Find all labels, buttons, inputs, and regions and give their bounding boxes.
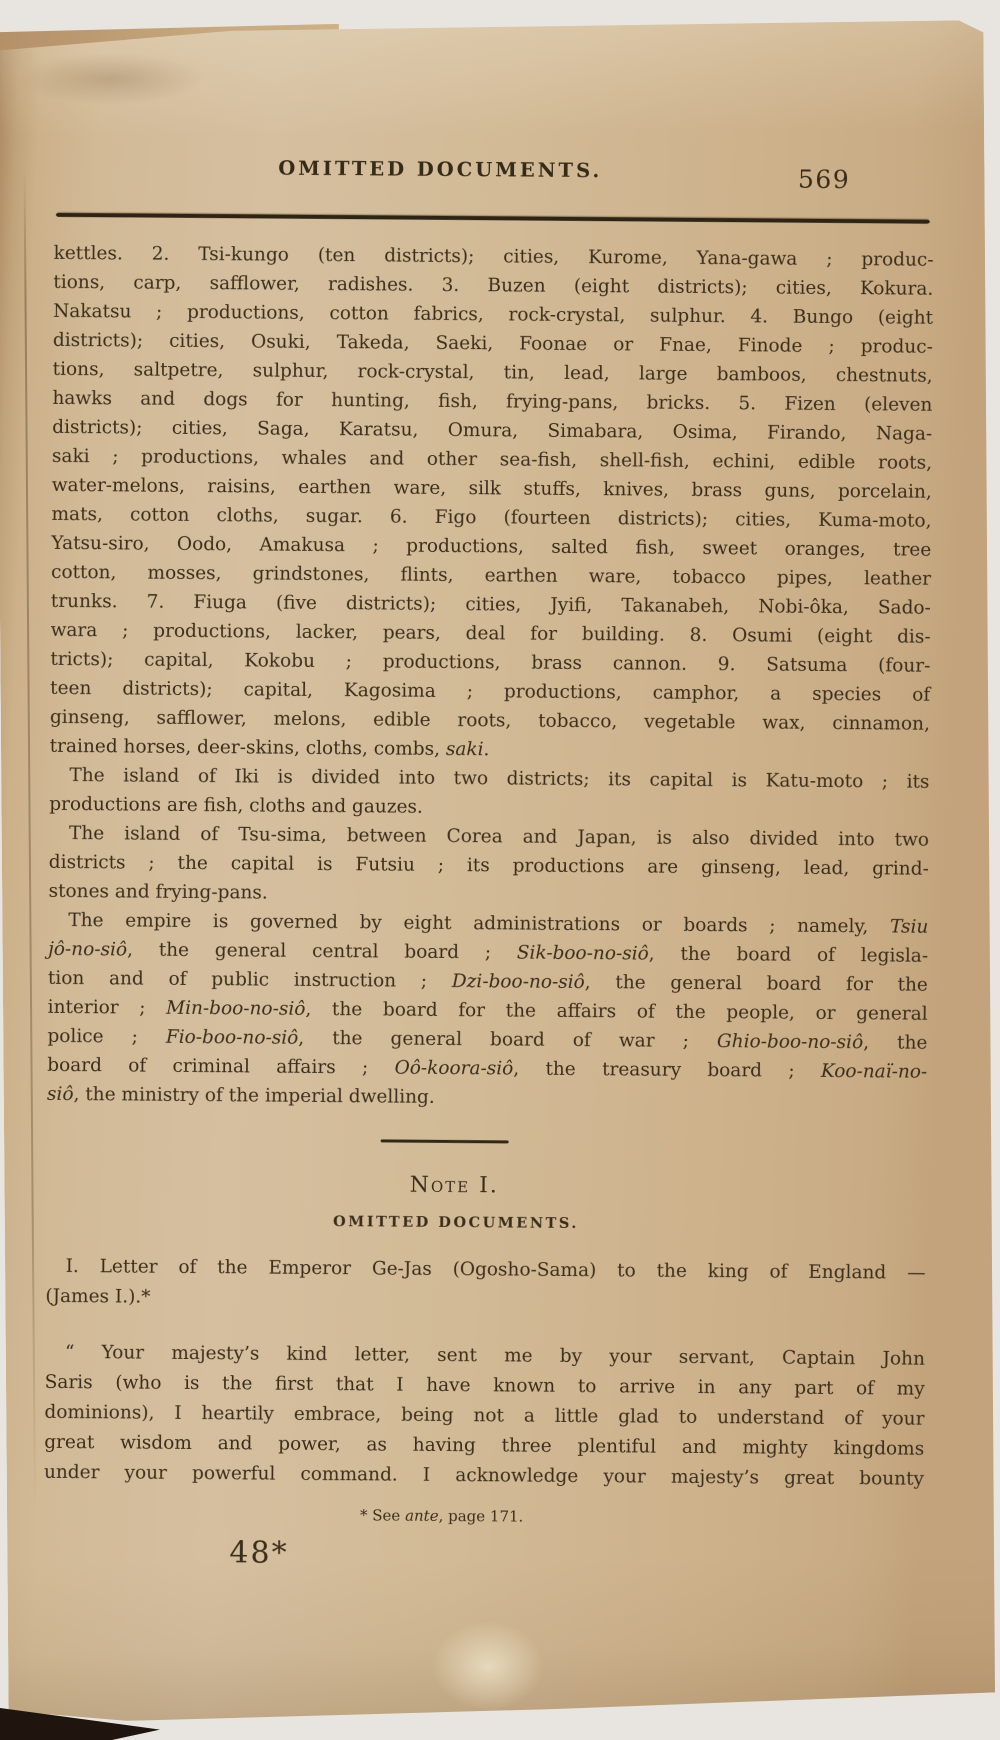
footnote-text: * See ante, page 171. (360, 1506, 523, 1525)
text-segment: (James I.).* (45, 1286, 150, 1308)
text-segment: water-melons, raisins, earthen ware, sil… (52, 475, 932, 503)
header-rule (56, 213, 930, 224)
text-segment: ginseng, safflower, melons, edible roots… (50, 707, 930, 735)
text-segment: Nakatsu ; productions, cotton fabrics, r… (53, 301, 933, 329)
text-segment: siô (47, 1084, 74, 1105)
paragraph: The island of Tsu-sima, between Corea an… (48, 819, 929, 913)
text-segment: Oô-koora-siô (394, 1058, 513, 1080)
paragraph: The empire is governed by eight administ… (47, 906, 929, 1116)
note-text: I. Letter of the Emperor Ge-Jas (Ogosho-… (44, 1252, 926, 1495)
section-divider (381, 1139, 509, 1143)
text-segment: , the (863, 1032, 927, 1054)
text-segment: Koo-naï-no- (821, 1061, 927, 1083)
paragraph: I. Letter of the Emperor Ge-Jas (Ogosho-… (45, 1252, 925, 1319)
text-segment: ante (405, 1507, 439, 1525)
footnote: * See ante, page 171. (2, 1503, 882, 1528)
text-segment: , the ministry of the imperial dwelling. (73, 1084, 434, 1108)
text-segment: Min-boo-no-siô (166, 998, 305, 1020)
text-segment: , the treasury board ; (513, 1058, 821, 1081)
text-segment: kettles. 2. Tsi-kungo (ten districts); c… (54, 243, 934, 271)
signature-mark: 48* (229, 1535, 923, 1575)
paragraph: The island of Iki is divided into two di… (49, 761, 929, 826)
text-segment: tion and of public instruction ; (48, 968, 452, 992)
page-header: OMITTED DOCUMENTS. 569 (54, 155, 935, 246)
text-segment: jô-no-siô (48, 939, 127, 961)
text-segment: trunks. 7. Fiuga (five districts); citie… (51, 591, 931, 619)
text-segment: , the board of legisla- (649, 944, 928, 967)
text-segment: , page 171. (439, 1507, 524, 1526)
text-segment: , the board for the affairs of the peopl… (305, 999, 927, 1025)
page-number: 569 (798, 165, 850, 194)
text-segment: under your powerful command. I acknowled… (44, 1462, 924, 1490)
text-segment: productions are fish, cloths and gauzes. (49, 794, 423, 818)
text-line: under your powerful command. I acknowled… (44, 1458, 924, 1495)
text-segment: mats, cotton cloths, sugar. 6. Figo (fou… (51, 504, 931, 532)
text-segment: I. Letter of the Emperor Ge-Jas (Ogosho-… (66, 1256, 926, 1284)
text-segment: , the general board for the (585, 972, 928, 996)
text-segment: Fio-boo-no-siô (166, 1027, 299, 1049)
page-content: OMITTED DOCUMENTS. 569 kettles. 2. Tsi-k… (43, 155, 934, 1576)
text-segment: , the general board of war ; (298, 1028, 717, 1052)
text-segment: districts); cities, Osuki, Takeda, Saeki… (53, 330, 933, 358)
note-subtitle: OMITTED DOCUMENTS. (16, 1211, 896, 1235)
text-segment: stones and frying-pans. (48, 881, 267, 904)
text-segment: interior ; (48, 997, 167, 1019)
text-segment: saki (446, 739, 484, 760)
body-text: kettles. 2. Tsi-kungo (ten districts); c… (47, 239, 934, 1116)
text-segment: The island of Tsu-sima, between Corea an… (69, 823, 929, 851)
text-segment: tions, saltpetre, sulphur, rock-crystal,… (53, 359, 933, 387)
text-segment: The empire is governed by eight administ… (68, 910, 890, 937)
text-segment: districts); cities, Saga, Karatsu, Omura… (52, 417, 932, 445)
text-segment: The island of Iki is divided into two di… (69, 765, 929, 793)
text-segment: tricts); capital, Kokobu ; productions, … (50, 649, 930, 677)
text-segment: dominions), I heartily embrace, being no… (44, 1402, 924, 1430)
text-segment: saki ; productions, whales and other sea… (52, 446, 932, 474)
paragraph: “ Your majesty’s kind letter, sent me by… (44, 1338, 925, 1495)
text-segment: cotton, mosses, grindstones, flints, ear… (51, 562, 931, 590)
text-segment: * See (360, 1506, 405, 1524)
text-segment: Sik-boo-no-siô (517, 942, 649, 964)
text-segment: Dzi-boo-no-siô (452, 971, 585, 993)
text-segment: board of criminal affairs ; (47, 1055, 395, 1079)
note-title: Note I. (14, 1170, 894, 1202)
text-segment: Tsiu (890, 916, 928, 937)
text-segment: tions, carp, safflower, radishes. 3. Buz… (53, 272, 933, 300)
text-segment: Yatsu-siro, Oodo, Amakusa ; productions,… (51, 533, 931, 561)
book-page: OMITTED DOCUMENTS. 569 kettles. 2. Tsi-k… (0, 20, 997, 1722)
text-segment: Saris (who is the first that I have know… (45, 1372, 925, 1400)
text-segment: , the general central board ; (127, 939, 517, 963)
text-segment: Ghio-boo-no-siô (717, 1031, 863, 1053)
spine-crease-line (23, 168, 36, 1508)
text-segment: police ; (47, 1026, 166, 1048)
running-header-title: OMITTED DOCUMENTS. (278, 157, 602, 183)
text-segment: great wisdom and power, as having three … (44, 1432, 924, 1460)
text-segment: hawks and dogs for hunting, fish, frying… (52, 388, 932, 416)
paragraph: kettles. 2. Tsi-kungo (ten districts); c… (50, 239, 934, 768)
text-segment: teen districts); capital, Kagosima ; pro… (50, 678, 930, 706)
text-segment: districts ; the capital is Futsiu ; its … (49, 852, 929, 880)
text-segment: wara ; productions, lacker, pears, deal … (51, 620, 931, 648)
text-segment: “ Your majesty’s kind letter, sent me by… (65, 1342, 925, 1370)
text-segment: . (483, 739, 489, 760)
photo-background: { "colors":{ "paper_mid":"#d2ba96", "ink… (0, 0, 1000, 1740)
text-segment: trained horses, deer-skins, cloths, comb… (50, 736, 446, 760)
